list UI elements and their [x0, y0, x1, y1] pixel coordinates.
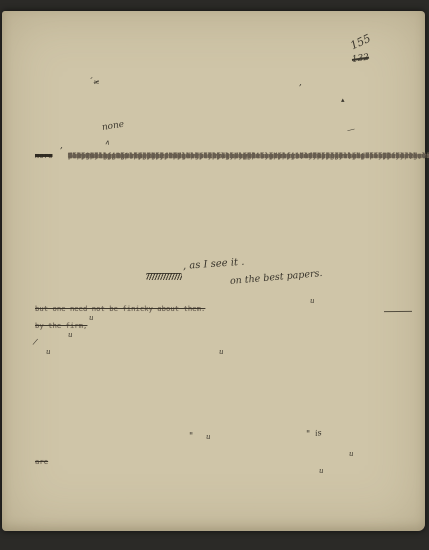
- typed-line: are really not significant: [35, 283, 205, 300]
- quote-insert: ": [189, 432, 193, 442]
- typed-line: of paper. This may be explained by a rus…: [35, 249, 205, 266]
- typed-line: Writers of these phrases can only weaken…: [35, 470, 205, 487]
- typed-line: For my own part, I entirely disagree wit…: [35, 402, 205, 419]
- comma-insert: ,: [299, 78, 302, 88]
- u-insert: u: [219, 348, 224, 356]
- comma-insert: ,: [60, 141, 63, 151]
- typed-line: Unfortunately many of the black and whit…: [35, 317, 205, 334]
- struck-text: more: [35, 151, 52, 160]
- typed-line: preceding the checklist that concludes t…: [35, 79, 205, 96]
- typed-line: and cataloguers for prints that are "fre…: [35, 419, 205, 436]
- typed-line: already become apparent should, however,…: [35, 96, 205, 113]
- typed-line: this coloring has been done with extreme…: [35, 351, 205, 368]
- typed-line: from the press," etc. Incidentally, colo…: [35, 453, 205, 470]
- struck-text: but one need not be finicky about them.: [35, 304, 205, 313]
- typed-text: exposed are beautifully mellow. If by ch…: [68, 147, 413, 164]
- typed-line: The papers used by the old firm are quit…: [35, 164, 205, 181]
- struck-text: are: [35, 457, 48, 466]
- typed-line: preference expressed in the phrases "min…: [35, 436, 205, 453]
- typed-line: & Ives is improved by exposure to sun, l…: [35, 504, 205, 521]
- u-insert: u: [310, 297, 315, 305]
- u-insert: u: [349, 450, 354, 458]
- typed-line: designs being lithographed on the backs …: [35, 198, 205, 215]
- typed-line: be more accurate. But be that as it may,…: [35, 487, 205, 504]
- word-insert-is: is: [314, 428, 322, 438]
- typed-line: exposed are beautifully mellow. If by ch…: [35, 521, 205, 538]
- scanned-document: preceding the checklist that concludes t…: [0, 0, 429, 550]
- strike-extension-line: [384, 311, 412, 313]
- u-insert: u: [89, 314, 94, 322]
- typed-line: Sometimes, if a print did not sell, the …: [35, 181, 205, 198]
- manuscript-page: preceding the checklist that concludes t…: [2, 11, 425, 531]
- accent-mark: ´: [88, 78, 93, 88]
- typed-line: many instances of each of the several co…: [35, 232, 205, 249]
- u-insert: u: [319, 467, 324, 475]
- typed-line: One naturally prefers good, full margins…: [35, 300, 205, 317]
- struck-text: by the firm,: [35, 321, 87, 330]
- scribbled-out-word: [146, 273, 182, 280]
- typed-line: nor their smoothness.: [35, 385, 205, 402]
- u-insert: u: [206, 433, 211, 441]
- quote-insert: ": [306, 430, 310, 440]
- caret-mark: ▴: [341, 96, 345, 104]
- u-insert: u: [68, 331, 73, 339]
- u-insert: u: [46, 348, 51, 356]
- typed-line: publishers of our time would look at thi…: [35, 215, 205, 232]
- typed-line: colors have neither the hues of the old …: [35, 368, 205, 385]
- typed-line: have been colored recently, to supply th…: [35, 334, 205, 351]
